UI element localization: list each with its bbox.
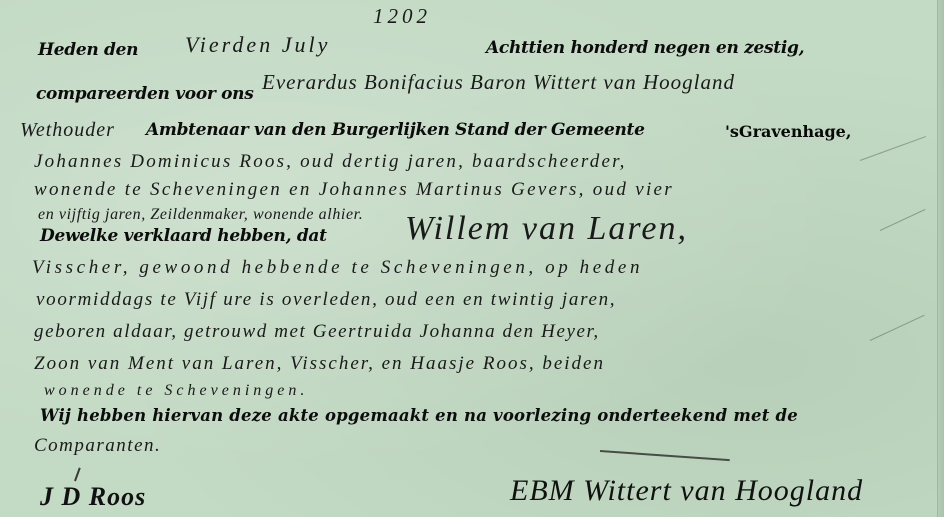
handwritten-witness-2-detail: en vijftig jaren, Zeildenmaker, wonende … xyxy=(38,207,363,223)
page-edge xyxy=(937,0,944,517)
printed-city: 'sGravenhage, xyxy=(725,124,851,140)
line-3-city: 'sGravenhage, xyxy=(725,124,851,140)
line-8: Visscher, gewoond hebbende te Schevening… xyxy=(32,258,643,277)
line-1-year: Achttien honderd negen en zestig, xyxy=(486,40,804,57)
handwritten-residence: wonende te Scheveningen. xyxy=(44,383,308,399)
handwritten-spouse: geboren aldaar, getrouwd met Geertruida … xyxy=(34,322,600,341)
line-2: compareerden voor ons xyxy=(36,86,254,103)
handwritten-witness-2: wonende te Scheveningen en Johannes Mart… xyxy=(34,180,674,199)
line-12: wonende te Scheveningen. xyxy=(44,382,308,399)
handwritten-deceased-name: Willem van Laren, xyxy=(405,212,688,246)
document-scan: 1202 Heden den Vierden July Achttien hon… xyxy=(0,0,944,517)
record-number: 1202 xyxy=(373,4,431,29)
line-14: Comparanten. xyxy=(34,436,161,455)
handwritten-death-time: voormiddags te Vijf ure is overleden, ou… xyxy=(36,290,616,309)
line-2-official: Everardus Bonifacius Baron Wittert van H… xyxy=(262,72,735,93)
pen-stroke xyxy=(860,136,926,161)
pen-stroke xyxy=(74,468,81,482)
handwritten-title: Wethouder xyxy=(20,120,115,140)
line-10: geboren aldaar, getrouwd met Geertruida … xyxy=(34,322,600,341)
printed-text: Ambtenaar van den Burgerlijken Stand der… xyxy=(146,122,645,139)
line-13: Wij hebben hiervan deze akte opgemaakt e… xyxy=(40,408,798,425)
line-7: Dewelke verklaard hebben, dat xyxy=(40,228,327,245)
handwritten-witness-1: Johannes Dominicus Roos, oud dertig jare… xyxy=(34,152,627,171)
handwritten-comparants: Comparanten. xyxy=(34,436,161,455)
line-1-date: Vierden July xyxy=(185,34,330,56)
line-5: wonende te Scheveningen en Johannes Mart… xyxy=(34,180,674,199)
handwritten-date: Vierden July xyxy=(185,34,330,56)
line-11: Zoon van Ment van Laren, Visscher, en Ha… xyxy=(34,354,605,373)
signature-flourish xyxy=(600,450,730,461)
line-7-deceased: Willem van Laren, xyxy=(405,212,688,246)
printed-text: Heden den xyxy=(38,42,138,59)
line-3-printed: Ambtenaar van den Burgerlijken Stand der… xyxy=(146,122,645,139)
printed-text: compareerden voor ons xyxy=(36,86,254,103)
line-9: voormiddags te Vijf ure is overleden, ou… xyxy=(36,290,616,309)
printed-text: Dewelke verklaard hebben, dat xyxy=(40,228,327,245)
printed-closing-text: Wij hebben hiervan deze akte opgemaakt e… xyxy=(40,408,798,425)
signature-right: EBM Wittert van Hoogland xyxy=(510,474,863,508)
pen-stroke xyxy=(880,209,926,231)
handwritten-parents: Zoon van Ment van Laren, Visscher, en Ha… xyxy=(34,354,605,373)
line-1: Heden den xyxy=(38,42,138,59)
line-6: en vijftig jaren, Zeildenmaker, wonende … xyxy=(38,206,363,223)
line-3: Wethouder xyxy=(20,120,115,140)
line-4: Johannes Dominicus Roos, oud dertig jare… xyxy=(34,152,627,171)
handwritten-occupation: Visscher, gewoond hebbende te Schevening… xyxy=(32,258,643,277)
printed-year-text: Achttien honderd negen en zestig, xyxy=(486,40,804,57)
signature-left: J D Roos xyxy=(40,482,146,512)
handwritten-official-name: Everardus Bonifacius Baron Wittert van H… xyxy=(262,72,735,93)
pen-stroke xyxy=(870,315,925,341)
